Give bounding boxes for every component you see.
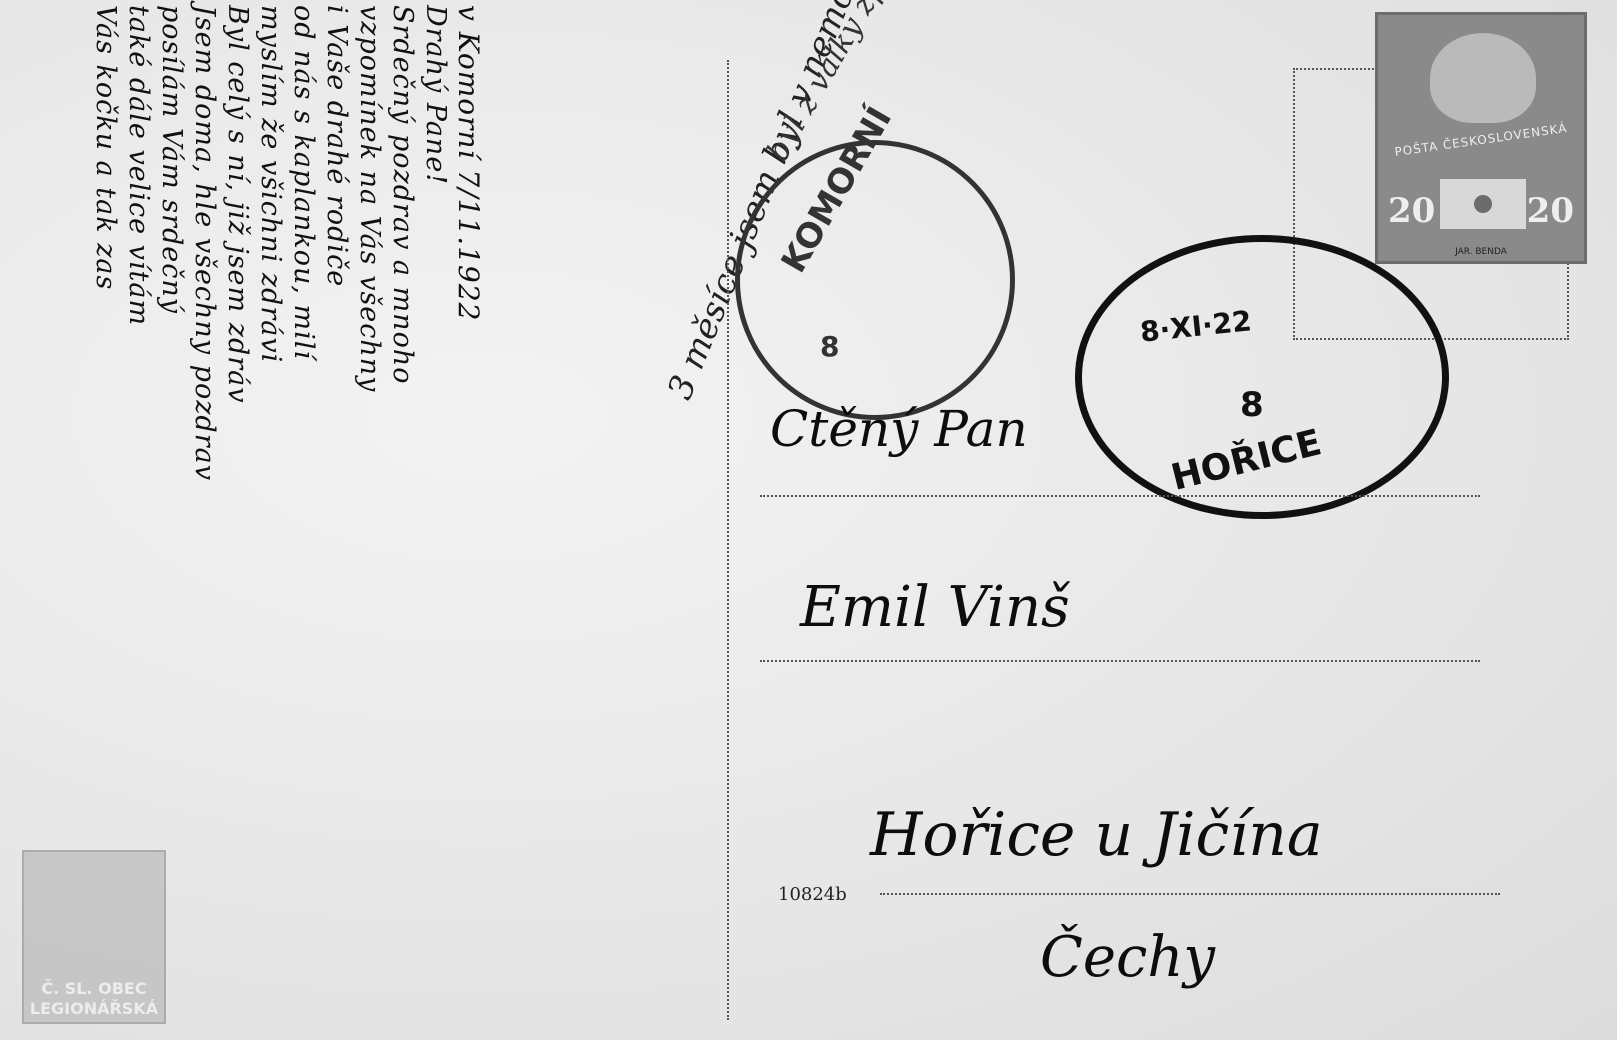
message-line: i Vaše drahé rodiče [320,5,353,1040]
stamp-designer: JAR. BENDA [1378,247,1584,257]
logo-line-2: LEGIONÁŘSKÁ [24,999,164,1018]
seal-icon [1474,195,1492,213]
message-line: myslím že všichni zdrávi [254,5,287,1040]
address-country: Čechy [1040,925,1215,990]
postmark-1 [735,140,1015,420]
address-name: Emil Vinš [800,575,1070,640]
printed-serial: 10824b [778,884,847,905]
dove-icon [1430,33,1536,123]
postmark-2-number: 8 [1240,385,1264,425]
address-rule-3 [880,893,1500,895]
salutation: Drahý Pane! [419,5,452,1040]
postage-stamp: POŠTA ČESKOSLOVENSKÁ 20 20 JAR. BENDA [1375,12,1587,264]
message-line: Srdečný pozdrav a mnoho [386,5,419,1040]
address-rule-1 [760,495,1480,497]
place-date: v Komorní 7/11.1922 [452,5,485,1040]
stamp-value-left: 20 [1388,191,1435,231]
address-rule-2 [760,660,1480,662]
legion-logo: Č. SL. OBEC LEGIONÁŘSKÁ [22,850,166,1024]
postmark-1-number: 8 [820,330,839,363]
address-salutation: Ctěný Pan [770,400,1028,458]
message-line: od nás s kaplankou, milí [287,5,320,1040]
handwritten-message: v Komorní 7/11.1922 Drahý Pane! Srdečný … [155,5,485,1040]
stamp-country: POŠTA ČESKOSLOVENSKÁ [1386,120,1576,160]
address-town: Hořice u Jičína [870,800,1323,870]
message-line: Byl celý s ní, již jsem zdráv [221,5,254,1040]
logo-line-1: Č. SL. OBEC [24,979,164,998]
message-line: Jsem doma, hle všechny pozdrav [188,5,221,1040]
postcard: v Komorní 7/11.1922 Drahý Pane! Srdečný … [0,0,1617,1040]
center-divider [727,60,729,1020]
stamp-value-right: 20 [1527,191,1574,231]
message-line: vzpomínek na Vás všechny [353,5,386,1040]
